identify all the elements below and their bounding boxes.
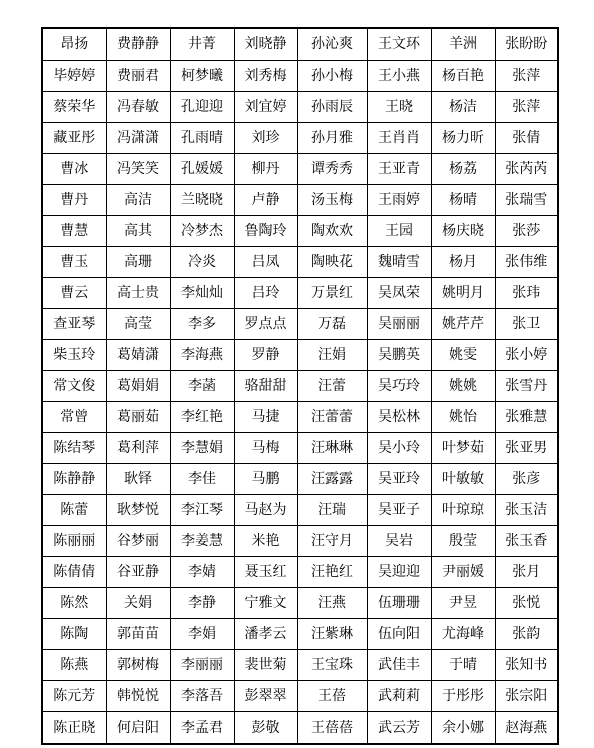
table-cell: 王雨婷 bbox=[367, 184, 431, 215]
table-cell: 张彦 bbox=[495, 463, 558, 494]
table-cell: 李姜慧 bbox=[170, 526, 234, 557]
table-cell: 吴岩 bbox=[367, 526, 431, 557]
table-cell: 王小燕 bbox=[367, 60, 431, 91]
table-cell: 孙小梅 bbox=[297, 60, 367, 91]
table-cell: 王蓓蓓 bbox=[297, 712, 367, 744]
table-cell: 陈燕 bbox=[42, 650, 106, 681]
table-cell: 彭翠翠 bbox=[234, 681, 297, 712]
table-cell: 汪露露 bbox=[297, 463, 367, 494]
table-cell: 吴亚玲 bbox=[367, 463, 431, 494]
table-row: 陈蕾耿梦悦李江琴马赵为汪瑞吴亚子叶琼琼张玉洁 bbox=[42, 495, 558, 526]
table-cell: 张月 bbox=[495, 557, 558, 588]
table-cell: 李菡 bbox=[170, 370, 234, 401]
table-cell: 李婧 bbox=[170, 557, 234, 588]
table-cell: 何启阳 bbox=[106, 712, 170, 744]
table-cell: 张莎 bbox=[495, 215, 558, 246]
table-row: 昂扬费静静井菁刘晓静孙沁爽王文环羊洲张盼盼 bbox=[42, 28, 558, 60]
table-row: 曹云高士贵李灿灿吕玲万景红吴凤荣姚明月张玮 bbox=[42, 277, 558, 308]
table-cell: 万磊 bbox=[297, 308, 367, 339]
table-row: 曹冰冯笑笑孔媛媛柳丹谭秀秀王亚青杨荔张芮芮 bbox=[42, 153, 558, 184]
table-cell: 马梅 bbox=[234, 432, 297, 463]
table-cell: 聂玉红 bbox=[234, 557, 297, 588]
table-cell: 张瑞雪 bbox=[495, 184, 558, 215]
table-cell: 张宗阳 bbox=[495, 681, 558, 712]
table-cell: 高其 bbox=[106, 215, 170, 246]
table-cell: 张知书 bbox=[495, 650, 558, 681]
table-row: 曹慧高其冷梦杰鲁陶玲陶欢欢王园杨庆晓张莎 bbox=[42, 215, 558, 246]
table-cell: 曹冰 bbox=[42, 153, 106, 184]
table-cell: 李多 bbox=[170, 308, 234, 339]
table-cell: 武莉莉 bbox=[367, 681, 431, 712]
table-cell: 葛娟娟 bbox=[106, 370, 170, 401]
table-row: 陈静静耿铎李佳马鹏汪露露吴亚玲叶敏敏张彦 bbox=[42, 463, 558, 494]
table-cell: 冯笑笑 bbox=[106, 153, 170, 184]
table-cell: 蔡荣华 bbox=[42, 91, 106, 122]
table-cell: 姚明月 bbox=[431, 277, 495, 308]
table-cell: 李慧娟 bbox=[170, 432, 234, 463]
table-cell: 谭秀秀 bbox=[297, 153, 367, 184]
table-cell: 藏亚彤 bbox=[42, 122, 106, 153]
table-cell: 吴鹏英 bbox=[367, 339, 431, 370]
table-row: 陈燕郭树梅李丽丽裴世菊王宝珠武佳丰于晴张知书 bbox=[42, 650, 558, 681]
table-cell: 陶欢欢 bbox=[297, 215, 367, 246]
table-cell: 刘秀梅 bbox=[234, 60, 297, 91]
table-cell: 罗点点 bbox=[234, 308, 297, 339]
table-cell: 冯潇潇 bbox=[106, 122, 170, 153]
table-cell: 井菁 bbox=[170, 28, 234, 60]
table-cell: 陈正晓 bbox=[42, 712, 106, 744]
table-row: 陈丽丽谷梦丽李姜慧米艳汪守月吴岩殷莹张玉香 bbox=[42, 526, 558, 557]
table-cell: 魏晴雪 bbox=[367, 246, 431, 277]
table-cell: 高莹 bbox=[106, 308, 170, 339]
table-cell: 陈陶 bbox=[42, 619, 106, 650]
table-cell: 吴迎迎 bbox=[367, 557, 431, 588]
table-row: 柴玉玲葛婧潇李海燕罗静汪娟吴鹏英姚雯张小婷 bbox=[42, 339, 558, 370]
table-cell: 万景红 bbox=[297, 277, 367, 308]
table-row: 蔡荣华冯春敏孔迎迎刘宜婷孙雨辰王晓杨洁张萍 bbox=[42, 91, 558, 122]
table-cell: 吴凤荣 bbox=[367, 277, 431, 308]
table-cell: 王肖肖 bbox=[367, 122, 431, 153]
table-cell: 杨百艳 bbox=[431, 60, 495, 91]
table-cell: 吴松林 bbox=[367, 401, 431, 432]
name-table: 昂扬费静静井菁刘晓静孙沁爽王文环羊洲张盼盼毕婷婷费丽君柯梦曦刘秀梅孙小梅王小燕杨… bbox=[41, 27, 559, 745]
table-cell: 王蓓 bbox=[297, 681, 367, 712]
table-cell: 潘孝云 bbox=[234, 619, 297, 650]
table-cell: 张伟维 bbox=[495, 246, 558, 277]
table-cell: 查亚琴 bbox=[42, 308, 106, 339]
table-cell: 李丽丽 bbox=[170, 650, 234, 681]
table-row: 陈倩倩谷亚静李婧聂玉红汪艳红吴迎迎尹丽媛张月 bbox=[42, 557, 558, 588]
table-cell: 吕凤 bbox=[234, 246, 297, 277]
table-cell: 武佳丰 bbox=[367, 650, 431, 681]
table-cell: 陈蕾 bbox=[42, 495, 106, 526]
table-cell: 杨晴 bbox=[431, 184, 495, 215]
table-cell: 于彤彤 bbox=[431, 681, 495, 712]
table-cell: 张雪丹 bbox=[495, 370, 558, 401]
table-cell: 吴巧玲 bbox=[367, 370, 431, 401]
table-cell: 张盼盼 bbox=[495, 28, 558, 60]
table-cell: 骆甜甜 bbox=[234, 370, 297, 401]
table-cell: 鲁陶玲 bbox=[234, 215, 297, 246]
table-cell: 高珊 bbox=[106, 246, 170, 277]
table-cell: 汤玉梅 bbox=[297, 184, 367, 215]
table-cell: 汪蕾 bbox=[297, 370, 367, 401]
table-cell: 杨月 bbox=[431, 246, 495, 277]
name-table-body: 昂扬费静静井菁刘晓静孙沁爽王文环羊洲张盼盼毕婷婷费丽君柯梦曦刘秀梅孙小梅王小燕杨… bbox=[42, 28, 558, 744]
table-cell: 冷梦杰 bbox=[170, 215, 234, 246]
table-cell: 葛利萍 bbox=[106, 432, 170, 463]
table-cell: 孙雨辰 bbox=[297, 91, 367, 122]
table-cell: 王文环 bbox=[367, 28, 431, 60]
table-cell: 耿梦悦 bbox=[106, 495, 170, 526]
table-cell: 王宝珠 bbox=[297, 650, 367, 681]
table-cell: 陶映花 bbox=[297, 246, 367, 277]
table-cell: 裴世菊 bbox=[234, 650, 297, 681]
table-row: 曹玉高珊冷炎吕凤陶映花魏晴雪杨月张伟维 bbox=[42, 246, 558, 277]
table-cell: 刘宜婷 bbox=[234, 91, 297, 122]
table-cell: 陈静静 bbox=[42, 463, 106, 494]
table-cell: 罗静 bbox=[234, 339, 297, 370]
table-cell: 高士贵 bbox=[106, 277, 170, 308]
table-cell: 李海燕 bbox=[170, 339, 234, 370]
table-cell: 汪瑞 bbox=[297, 495, 367, 526]
table-cell: 高洁 bbox=[106, 184, 170, 215]
table-cell: 余小娜 bbox=[431, 712, 495, 744]
table-cell: 谷亚静 bbox=[106, 557, 170, 588]
table-cell: 李佳 bbox=[170, 463, 234, 494]
table-cell: 张韵 bbox=[495, 619, 558, 650]
table-cell: 张卫 bbox=[495, 308, 558, 339]
table-cell: 孙月雅 bbox=[297, 122, 367, 153]
table-cell: 张小婷 bbox=[495, 339, 558, 370]
table-cell: 李江琴 bbox=[170, 495, 234, 526]
table-cell: 李红艳 bbox=[170, 401, 234, 432]
table-cell: 陈元芳 bbox=[42, 681, 106, 712]
table-cell: 张雅慧 bbox=[495, 401, 558, 432]
table-cell: 曹云 bbox=[42, 277, 106, 308]
table-cell: 刘珍 bbox=[234, 122, 297, 153]
table-cell: 孔雨晴 bbox=[170, 122, 234, 153]
table-cell: 孔迎迎 bbox=[170, 91, 234, 122]
table-cell: 韩悦悦 bbox=[106, 681, 170, 712]
table-cell: 吕玲 bbox=[234, 277, 297, 308]
table-cell: 叶琼琼 bbox=[431, 495, 495, 526]
table-cell: 姚雯 bbox=[431, 339, 495, 370]
table-cell: 马鹏 bbox=[234, 463, 297, 494]
table-cell: 常曾 bbox=[42, 401, 106, 432]
table-cell: 武云芳 bbox=[367, 712, 431, 744]
table-cell: 姚芹芹 bbox=[431, 308, 495, 339]
table-cell: 伍珊珊 bbox=[367, 588, 431, 619]
table-cell: 马捷 bbox=[234, 401, 297, 432]
table-cell: 关娟 bbox=[106, 588, 170, 619]
table-cell: 郭苗苗 bbox=[106, 619, 170, 650]
document-page: 昂扬费静静井菁刘晓静孙沁爽王文环羊洲张盼盼毕婷婷费丽君柯梦曦刘秀梅孙小梅王小燕杨… bbox=[0, 0, 594, 748]
table-cell: 于晴 bbox=[431, 650, 495, 681]
table-cell: 昂扬 bbox=[42, 28, 106, 60]
table-cell: 李静 bbox=[170, 588, 234, 619]
table-cell: 曹丹 bbox=[42, 184, 106, 215]
table-cell: 汪蕾蕾 bbox=[297, 401, 367, 432]
table-cell: 曹慧 bbox=[42, 215, 106, 246]
table-cell: 费丽君 bbox=[106, 60, 170, 91]
table-cell: 汪娟 bbox=[297, 339, 367, 370]
table-cell: 柳丹 bbox=[234, 153, 297, 184]
table-cell: 张萍 bbox=[495, 91, 558, 122]
table-row: 常文俊葛娟娟李菡骆甜甜汪蕾吴巧玲姚姚张雪丹 bbox=[42, 370, 558, 401]
table-row: 毕婷婷费丽君柯梦曦刘秀梅孙小梅王小燕杨百艳张萍 bbox=[42, 60, 558, 91]
table-cell: 杨力昕 bbox=[431, 122, 495, 153]
table-cell: 宁雅文 bbox=[234, 588, 297, 619]
table-cell: 郭树梅 bbox=[106, 650, 170, 681]
table-cell: 吴亚子 bbox=[367, 495, 431, 526]
table-cell: 姚怡 bbox=[431, 401, 495, 432]
table-row: 陈陶郭苗苗李娟潘孝云汪紫琳伍向阳尤海峰张韵 bbox=[42, 619, 558, 650]
table-cell: 冯春敏 bbox=[106, 91, 170, 122]
table-cell: 吴丽丽 bbox=[367, 308, 431, 339]
table-cell: 常文俊 bbox=[42, 370, 106, 401]
table-cell: 姚姚 bbox=[431, 370, 495, 401]
table-cell: 陈然 bbox=[42, 588, 106, 619]
table-cell: 张亚男 bbox=[495, 432, 558, 463]
table-cell: 谷梦丽 bbox=[106, 526, 170, 557]
table-cell: 尹昱 bbox=[431, 588, 495, 619]
table-cell: 叶敏敏 bbox=[431, 463, 495, 494]
table-cell: 李落吾 bbox=[170, 681, 234, 712]
table-cell: 尤海峰 bbox=[431, 619, 495, 650]
table-cell: 陈倩倩 bbox=[42, 557, 106, 588]
table-cell: 杨庆晓 bbox=[431, 215, 495, 246]
table-cell: 孙沁爽 bbox=[297, 28, 367, 60]
table-cell: 吴小玲 bbox=[367, 432, 431, 463]
table-cell: 李娟 bbox=[170, 619, 234, 650]
table-cell: 柴玉玲 bbox=[42, 339, 106, 370]
table-cell: 伍向阳 bbox=[367, 619, 431, 650]
table-cell: 汪琳琳 bbox=[297, 432, 367, 463]
table-cell: 赵海燕 bbox=[495, 712, 558, 744]
table-row: 陈元芳韩悦悦李落吾彭翠翠王蓓武莉莉于彤彤张宗阳 bbox=[42, 681, 558, 712]
table-cell: 张倩 bbox=[495, 122, 558, 153]
table-cell: 李灿灿 bbox=[170, 277, 234, 308]
table-cell: 耿铎 bbox=[106, 463, 170, 494]
table-cell: 柯梦曦 bbox=[170, 60, 234, 91]
table-cell: 毕婷婷 bbox=[42, 60, 106, 91]
table-cell: 叶梦茹 bbox=[431, 432, 495, 463]
table-row: 陈正晓何启阳李孟君彭敬王蓓蓓武云芳余小娜赵海燕 bbox=[42, 712, 558, 744]
table-cell: 殷莹 bbox=[431, 526, 495, 557]
table-row: 藏亚彤冯潇潇孔雨晴刘珍孙月雅王肖肖杨力昕张倩 bbox=[42, 122, 558, 153]
table-cell: 汪燕 bbox=[297, 588, 367, 619]
table-cell: 张玉洁 bbox=[495, 495, 558, 526]
table-cell: 葛婧潇 bbox=[106, 339, 170, 370]
table-cell: 汪守月 bbox=[297, 526, 367, 557]
table-cell: 李孟君 bbox=[170, 712, 234, 744]
table-cell: 陈丽丽 bbox=[42, 526, 106, 557]
table-cell: 汪紫琳 bbox=[297, 619, 367, 650]
table-cell: 陈结琴 bbox=[42, 432, 106, 463]
table-cell: 葛丽茹 bbox=[106, 401, 170, 432]
table-cell: 羊洲 bbox=[431, 28, 495, 60]
table-cell: 曹玉 bbox=[42, 246, 106, 277]
table-cell: 彭敬 bbox=[234, 712, 297, 744]
table-cell: 刘晓静 bbox=[234, 28, 297, 60]
table-cell: 米艳 bbox=[234, 526, 297, 557]
table-cell: 张萍 bbox=[495, 60, 558, 91]
table-cell: 张芮芮 bbox=[495, 153, 558, 184]
table-cell: 尹丽媛 bbox=[431, 557, 495, 588]
table-cell: 张玉香 bbox=[495, 526, 558, 557]
table-cell: 杨荔 bbox=[431, 153, 495, 184]
table-cell: 费静静 bbox=[106, 28, 170, 60]
table-row: 常曾葛丽茹李红艳马捷汪蕾蕾吴松林姚怡张雅慧 bbox=[42, 401, 558, 432]
table-row: 曹丹高洁兰晓晓卢静汤玉梅王雨婷杨晴张瑞雪 bbox=[42, 184, 558, 215]
table-cell: 王园 bbox=[367, 215, 431, 246]
table-cell: 杨洁 bbox=[431, 91, 495, 122]
table-cell: 张玮 bbox=[495, 277, 558, 308]
table-row: 陈结琴葛利萍李慧娟马梅汪琳琳吴小玲叶梦茹张亚男 bbox=[42, 432, 558, 463]
table-cell: 卢静 bbox=[234, 184, 297, 215]
table-row: 陈然关娟李静宁雅文汪燕伍珊珊尹昱张悦 bbox=[42, 588, 558, 619]
table-cell: 王晓 bbox=[367, 91, 431, 122]
table-cell: 冷炎 bbox=[170, 246, 234, 277]
table-cell: 张悦 bbox=[495, 588, 558, 619]
table-cell: 兰晓晓 bbox=[170, 184, 234, 215]
table-row: 查亚琴高莹李多罗点点万磊吴丽丽姚芹芹张卫 bbox=[42, 308, 558, 339]
table-cell: 王亚青 bbox=[367, 153, 431, 184]
table-cell: 马赵为 bbox=[234, 495, 297, 526]
table-cell: 汪艳红 bbox=[297, 557, 367, 588]
table-cell: 孔媛媛 bbox=[170, 153, 234, 184]
